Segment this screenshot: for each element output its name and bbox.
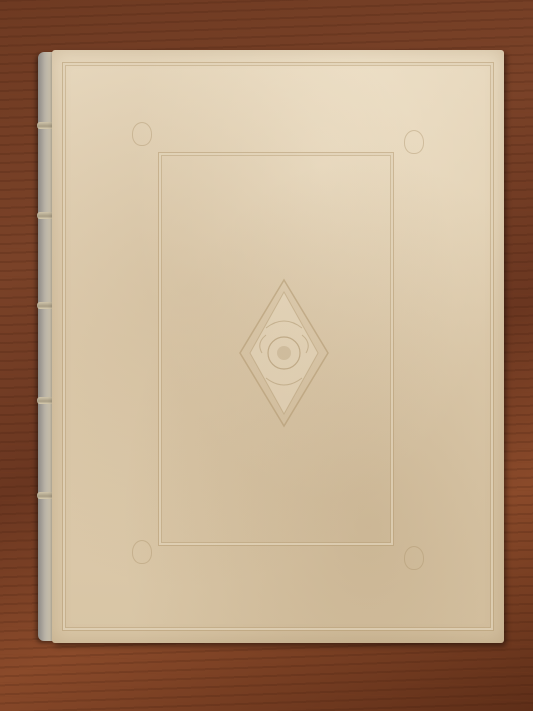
corner-fleuron-icon (132, 122, 152, 146)
central-ornament-icon (236, 278, 332, 428)
corner-fleuron-icon (404, 130, 424, 154)
corner-fleuron-icon (404, 546, 424, 570)
corner-fleuron-icon (132, 540, 152, 564)
vellum-book (38, 50, 504, 643)
front-cover (52, 50, 504, 643)
